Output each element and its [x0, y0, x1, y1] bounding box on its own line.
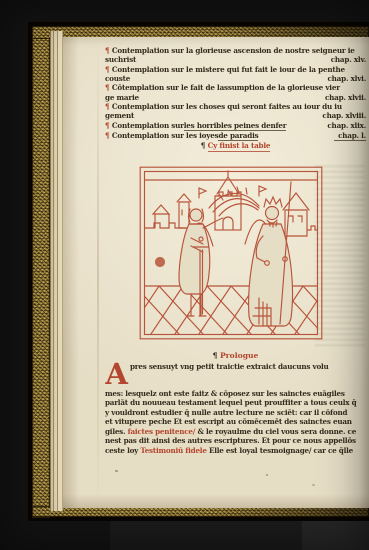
pilcrow-icon: ¶ [105, 83, 109, 92]
paper-speck [115, 470, 118, 472]
prologue-line: giles. [105, 427, 128, 436]
prologue-line: et vitupere peche Et est escript au cōmē… [105, 417, 352, 426]
chapter-reference: chap. xlvi. [323, 74, 366, 83]
toc-entry-line: ¶ Contemplation sur les horribles peines… [105, 121, 366, 131]
toc-entry-line: ¶ Contemplation sur les ioyes de paradis… [105, 131, 366, 141]
toc-entry-text: suchrist [105, 55, 136, 64]
chapter-reference: chap. xlix. [323, 121, 366, 131]
rubric-inline: faictes penitence/ [128, 427, 196, 436]
toc-entry-text-underlined: de paradis [218, 131, 258, 141]
chapter-reference: chap. xlvii. [321, 93, 366, 102]
toc-entry-line: couste chap. xlvi. [105, 74, 366, 83]
table-of-contents: ¶ Contemplation sur la glorieuse ascensi… [105, 46, 366, 152]
toc-entry-text: gement [105, 111, 134, 120]
page-fore-edges [50, 31, 63, 511]
toc-entry-text-underlined: les horribles peines denfer [184, 121, 287, 131]
pilcrow-icon: ¶ [105, 131, 109, 141]
rubric-inline: Testimoniū fidele [140, 446, 209, 455]
pilcrow-icon: ¶ [105, 65, 109, 74]
toc-entry-text: Contemplation sur la glorieuse ascension… [112, 46, 355, 55]
pilcrow-icon: ¶ [105, 46, 109, 55]
prologue-paragraph: A pres sensuyt vng petit traictie extrai… [105, 362, 369, 455]
woodcut-linework [139, 167, 323, 339]
toc-entry-text: Contemplation sur les choses qui seront … [112, 102, 342, 111]
toc-entry-text: Contemplation sur [112, 121, 184, 131]
pilcrow-icon: ¶ [201, 141, 205, 151]
woodcut-illustration [139, 166, 323, 340]
chapter-reference: chap. xlv. [327, 55, 366, 64]
toc-entry-text: Contemplation sur les ioyes [112, 131, 219, 141]
chapter-reference: chap. l. [334, 131, 366, 141]
prologue-line: y vouldront estudier q̄ nulle autre lect… [105, 408, 347, 417]
toc-entry-line: ¶ Contemplation sur le mistere qui fut f… [105, 65, 366, 74]
prologue-line: mes: lesquelz ont este faitz & cōposez s… [105, 389, 345, 398]
toc-entry-line: gement chap. xlviii. [105, 111, 366, 120]
chapter-reference: chap. xlviii. [318, 111, 366, 120]
paper-speck [266, 474, 268, 476]
prologue-line: & le royaulme du ciel vous sera donne. c… [195, 427, 356, 436]
toc-entry-text: Cōtemplation sur le fait de lassumption … [112, 83, 340, 92]
prologue-line: parlāt du nouueau testament lequel peut … [105, 398, 356, 407]
lombard-initial: A [105, 362, 128, 389]
toc-entry-text: Contemplation sur le mistere qui fut fai… [112, 65, 345, 74]
toc-entry-line: ge marie chap. xlvii. [105, 93, 366, 102]
prologue-heading: ¶ Prologue [105, 351, 366, 360]
toc-entry-text: ge marie [105, 93, 139, 102]
prologue-line: Elle est loyal tesmoignage/ car ce q̄lle [209, 446, 353, 455]
gutter-crease [97, 37, 99, 508]
gold-tooled-border-left [32, 26, 50, 518]
pilcrow-icon: ¶ [213, 351, 218, 360]
toc-entry-line: ¶ Contemplation sur les choses qui seron… [105, 102, 366, 111]
prologue-line: ceste loy [105, 446, 140, 455]
book-page: ¶ Contemplation sur la glorieuse ascensi… [63, 37, 369, 508]
toc-entry-text: couste [105, 74, 130, 83]
prologue-line: nest pas dit ainsi des autres escripture… [105, 436, 356, 445]
prologue-line: pres sensuyt vng petit traictie extraict… [130, 362, 329, 371]
prologue-heading-text: Prologue [220, 351, 258, 360]
closing-rubric-text: Cy finist la table [208, 141, 271, 151]
toc-entry-line: ¶ Cōtemplation sur le fait de lassumptio… [105, 83, 366, 92]
pilcrow-icon: ¶ [105, 102, 109, 111]
paper-speck [312, 484, 315, 486]
pilcrow-icon: ¶ [105, 121, 109, 131]
toc-entry-line: ¶ Contemplation sur la glorieuse ascensi… [105, 46, 366, 55]
table-closing-rubric: ¶ Cy finist la table [105, 141, 366, 151]
book-photograph: ¶ Contemplation sur la glorieuse ascensi… [0, 0, 369, 550]
toc-entry-line: suchrist chap. xlv. [105, 55, 366, 64]
